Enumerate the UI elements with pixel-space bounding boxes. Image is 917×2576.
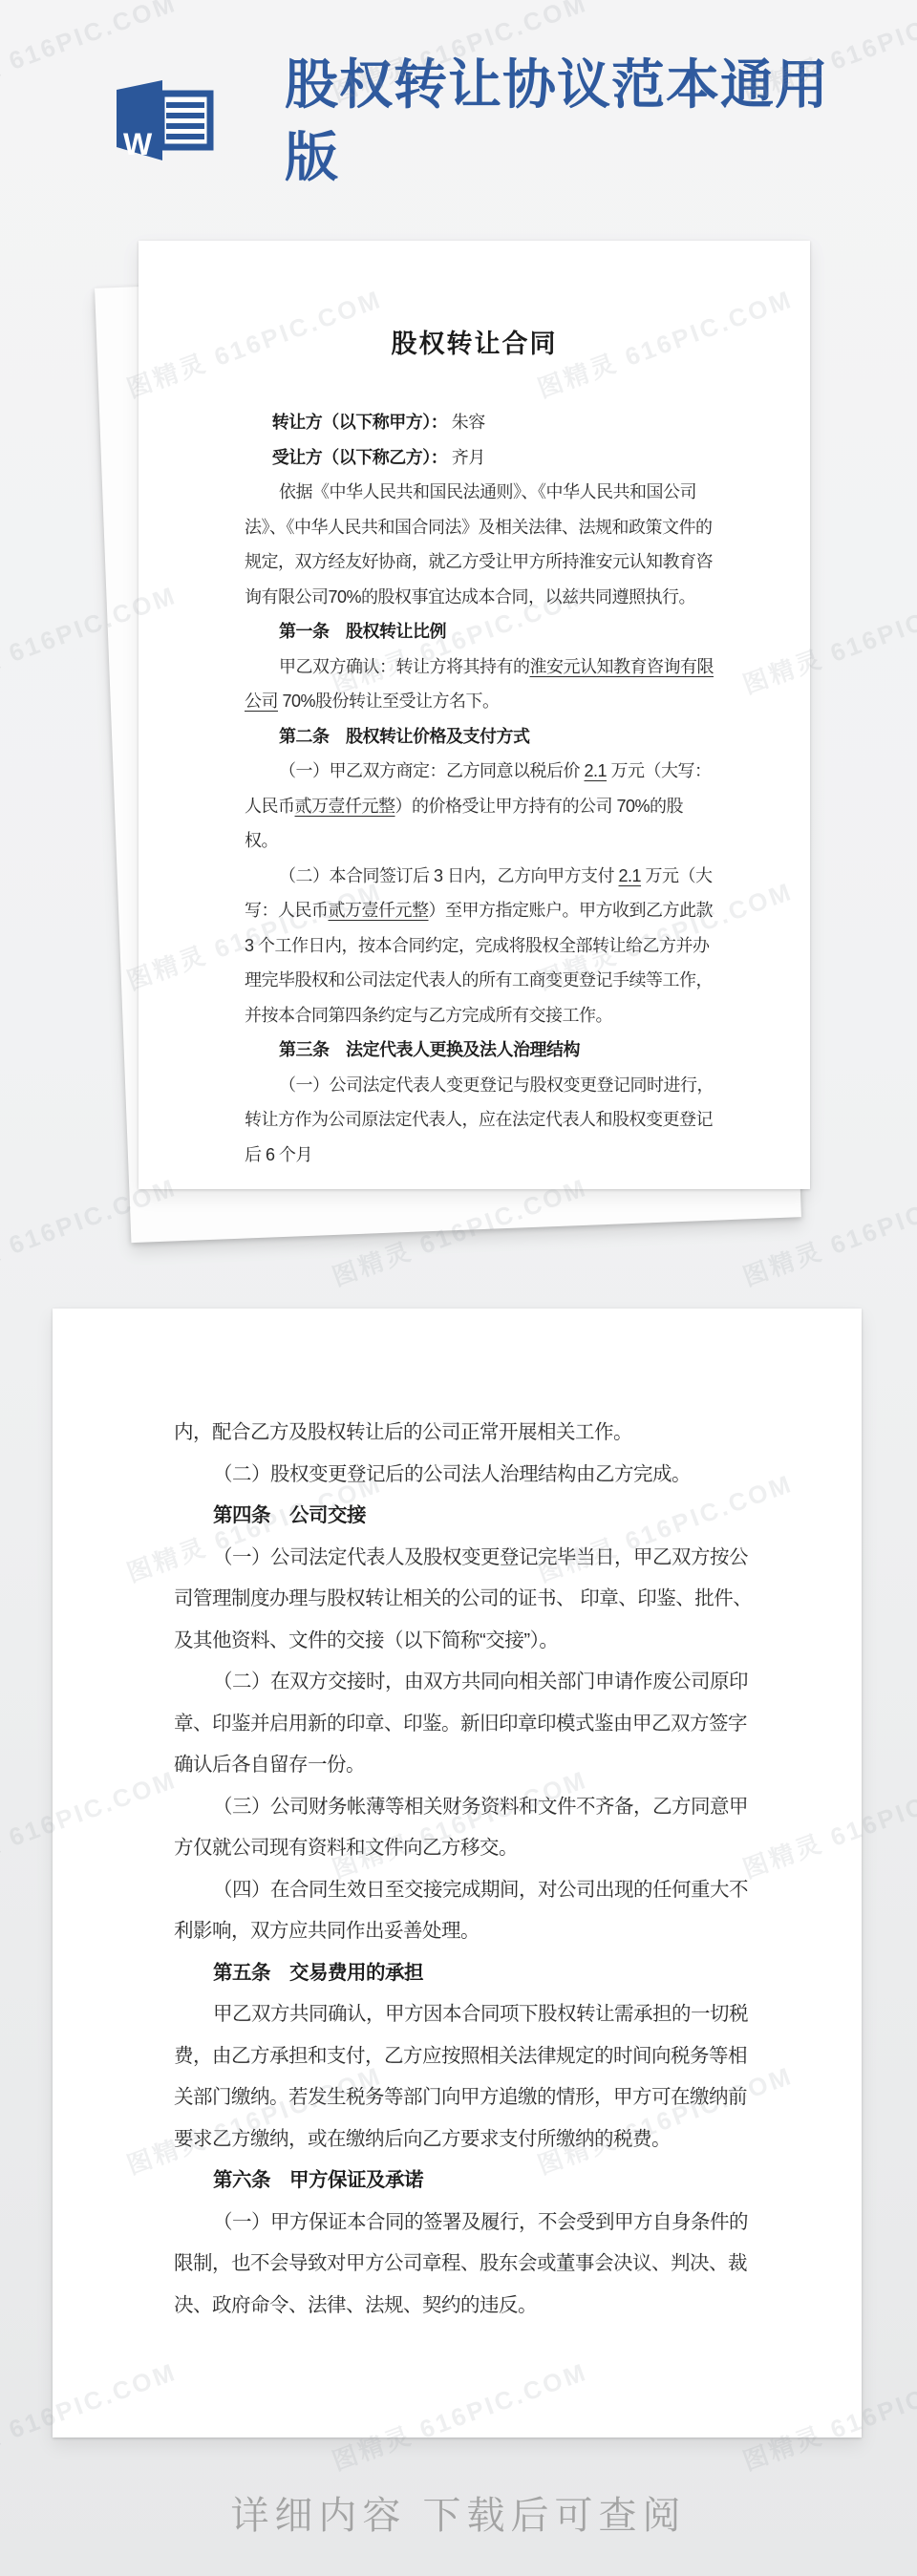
contract-paragraph: （三）公司财务帐薄等相关财务资料和文件不齐备，乙方同意甲方仅就公司现有资料和文件… <box>174 1786 755 1869</box>
clause-heading: 第四条 公司交接 <box>174 1495 755 1537</box>
page-title: 股权转让协议范本通用版 <box>285 50 842 195</box>
clause-heading: 第六条 甲方保证及承诺 <box>174 2160 755 2202</box>
contract-paragraph: （一）公司法定代表人及股权变更登记完毕当日，甲乙双方按公司管理制度办理与股权转让… <box>174 1537 755 1662</box>
word-icon-line <box>166 123 204 129</box>
contract-paragraph: （一）甲乙双方商定：乙方同意以税后价 2.1 万元（大写：人民币贰万壹仟元整）的… <box>245 754 714 859</box>
page-title-line2: 版 <box>285 129 339 188</box>
page2-content: 内，配合乙方及股权转让后的公司正常开展相关工作。（二）股权变更登记后的公司法人治… <box>174 1412 755 2326</box>
contract-paragraph: 内，配合乙方及股权转让后的公司正常开展相关工作。 <box>174 1412 755 1454</box>
contract-paragraph: 甲乙双方确认：转让方将其持有的淮安元认知教育咨询有限公司 70%股份转让至受让方… <box>245 649 714 719</box>
clause-heading: 第二条 股权转让价格及支付方式 <box>245 719 714 755</box>
footer-note: 详细内容 下载后可查阅 <box>0 2491 917 2541</box>
clause-heading: 第三条 法定代表人更换及法人治理结构 <box>245 1033 714 1068</box>
contract-paragraph: （二）股权变更登记后的公司法人治理结构由乙方完成。 <box>174 1454 755 1496</box>
clause-heading: 第一条 股权转让比例 <box>245 614 714 649</box>
contract-paragraph: （四）在合同生效日至交接完成期间，对公司出现的任何重大不利影响，双方应共同作出妥… <box>174 1869 755 1952</box>
contract-paragraph: 受让方（以下称乙方）： 齐月 <box>245 440 714 476</box>
contract-paragraph: （一）甲方保证本合同的签署及履行，不会受到甲方自身条件的限制，也不会导致对甲方公… <box>174 2202 755 2327</box>
header: W 股权转让协议范本通用版 <box>0 0 917 239</box>
document-title: 股权转让合同 <box>139 325 810 363</box>
word-icon-line <box>166 134 204 139</box>
contract-paragraph: 转让方（以下称甲方）： 朱容 <box>245 405 714 440</box>
contract-paragraph: 甲乙双方共同确认，甲方因本合同项下股权转让需承担的一切税费，由乙方承担和支付，乙… <box>174 1993 755 2160</box>
contract-paragraph: （一）公司法定代表人变更登记与股权变更登记同时进行，转让方作为公司原法定代表人，… <box>245 1068 714 1173</box>
document-page-2: 内，配合乙方及股权转让后的公司正常开展相关工作。（二）股权变更登记后的公司法人治… <box>53 1309 862 2438</box>
word-document-icon: W <box>117 78 227 162</box>
contract-paragraph: 依据《中华人民共和国民法通则》、《中华人民共和国公司法》、《中华人民共和国合同法… <box>245 475 714 614</box>
page1-content: 转让方（以下称甲方）： 朱容受让方（以下称乙方）： 齐月依据《中华人民共和国民法… <box>245 405 714 1172</box>
word-icon-line <box>166 113 204 118</box>
contract-paragraph: （二）本合同签订后 3 日内，乙方向甲方支付 2.1 万元（大写：人民币贰万壹仟… <box>245 859 714 1033</box>
document-page-1: 股权转让合同 转让方（以下称甲方）： 朱容受让方（以下称乙方）： 齐月依据《中华… <box>139 241 810 1189</box>
word-icon-letter: W <box>123 127 153 161</box>
word-icon-line <box>166 102 204 108</box>
clause-heading: 第五条 交易费用的承担 <box>174 1952 755 1994</box>
contract-paragraph: （二）在双方交接时，由双方共同向相关部门申请作废公司原印章、印鉴并启用新的印章、… <box>174 1661 755 1786</box>
page-title-line1: 股权转让协议范本通用 <box>285 56 829 116</box>
